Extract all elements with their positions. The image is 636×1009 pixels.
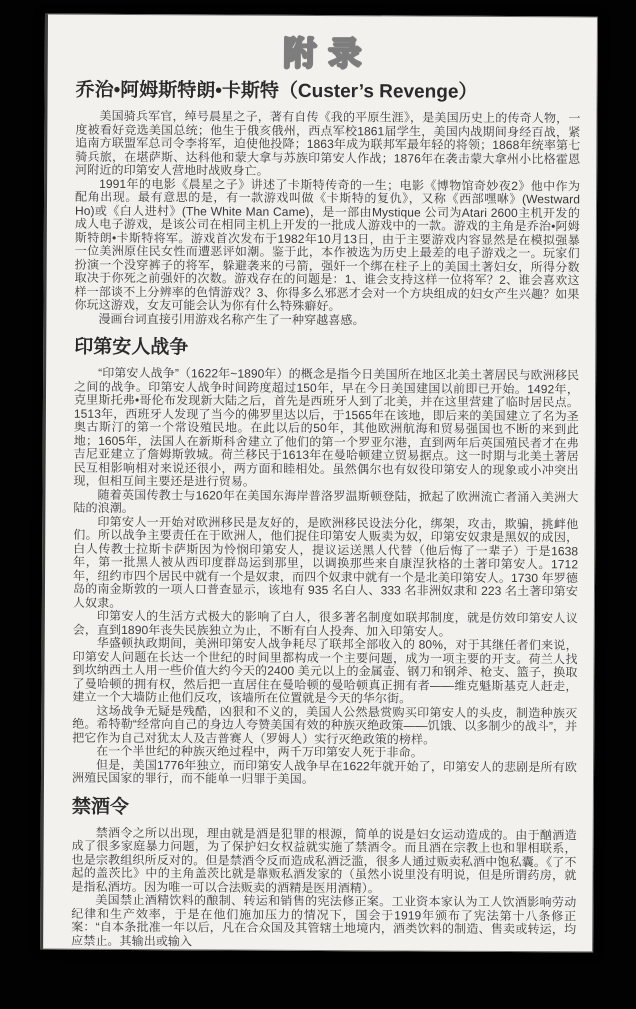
section-heading-prohibition: 禁酒令: [72, 795, 577, 822]
paragraph: 印第安人的生活方式极大的影响了白人，很多著名制度如联邦制度，就是仿效印第安人议会…: [73, 610, 578, 640]
book-page: 附录 乔治•阿姆斯特朗•卡斯特（Custer’s Revenge） 美国骑兵军官…: [40, 14, 598, 953]
section-heading-indian-wars: 印第安人战争: [74, 336, 579, 363]
paragraph: 这场战争无疑是残酷，凶狠和不义的，美国人公然悬赏购买印第安人的头皮，制造种族灭绝…: [72, 704, 577, 747]
paragraph: “印第安人战争”（1622年~1890年）的概念是指今日美国所在地区北美土著居民…: [74, 367, 580, 491]
paragraph: 禁酒令之所以出现，理由就是酒是犯罪的根源，简单的说是妇女运动造成的。由于酗酒造成…: [71, 826, 576, 896]
screenshot-root: { "page_label": "附录", "colors": { "backg…: [0, 0, 636, 1009]
section-custer: 乔治•阿姆斯特朗•卡斯特（Custer’s Revenge） 美国骑兵军官，绰号…: [74, 79, 580, 329]
paragraph: 美国禁止酒精饮料的酿制、转运和销售的宪法修正案。工业资本家认为工人饮酒影响劳动纪…: [71, 894, 576, 951]
paragraph: 华盛顿执政期间，美洲印第安人战争耗尽了联邦全部收入的 80%，对于其继任者们来说…: [72, 637, 577, 707]
paragraph: 随着英国传教士与1620年在美国东海岸普洛罗温斯顿登陆，掀起了欧洲流亡者涌入美洲…: [73, 488, 578, 518]
paragraph: 美国骑兵军官，绰号晨星之子，著有自传《我的平原生涯》，是美国历史上的传奇人物，一…: [75, 110, 580, 180]
paragraph: 但是，美国1776年独立，而印第安人战争早在1622年就开始了，印第安人的悲剧是…: [72, 758, 577, 788]
appendix-title: 附录: [76, 33, 581, 76]
section-prohibition: 禁酒令 禁酒令之所以出现，理由就是酒是犯罪的根源，简单的说是妇女运动造成的。由于…: [71, 795, 577, 950]
section-indian-wars: 印第安人战争 “印第安人战争”（1622年~1890年）的概念是指今日美国所在地…: [72, 336, 579, 788]
section-heading-custer: 乔治•阿姆斯特朗•卡斯特（Custer’s Revenge）: [76, 79, 581, 106]
paragraph: 漫画台词直接引用游戏名称产生了一种穿越喜感。: [74, 312, 579, 328]
paragraph: 1991年的电影《晨星之子》讲述了卡斯特传奇的一生；电影《博物馆奇妙夜2》他中作…: [74, 177, 580, 315]
paragraph: 印第安人一开始对欧洲移民是友好的，是欧洲移民设法分化，绑架，攻击，欺骗，挑衅他们…: [73, 515, 578, 612]
